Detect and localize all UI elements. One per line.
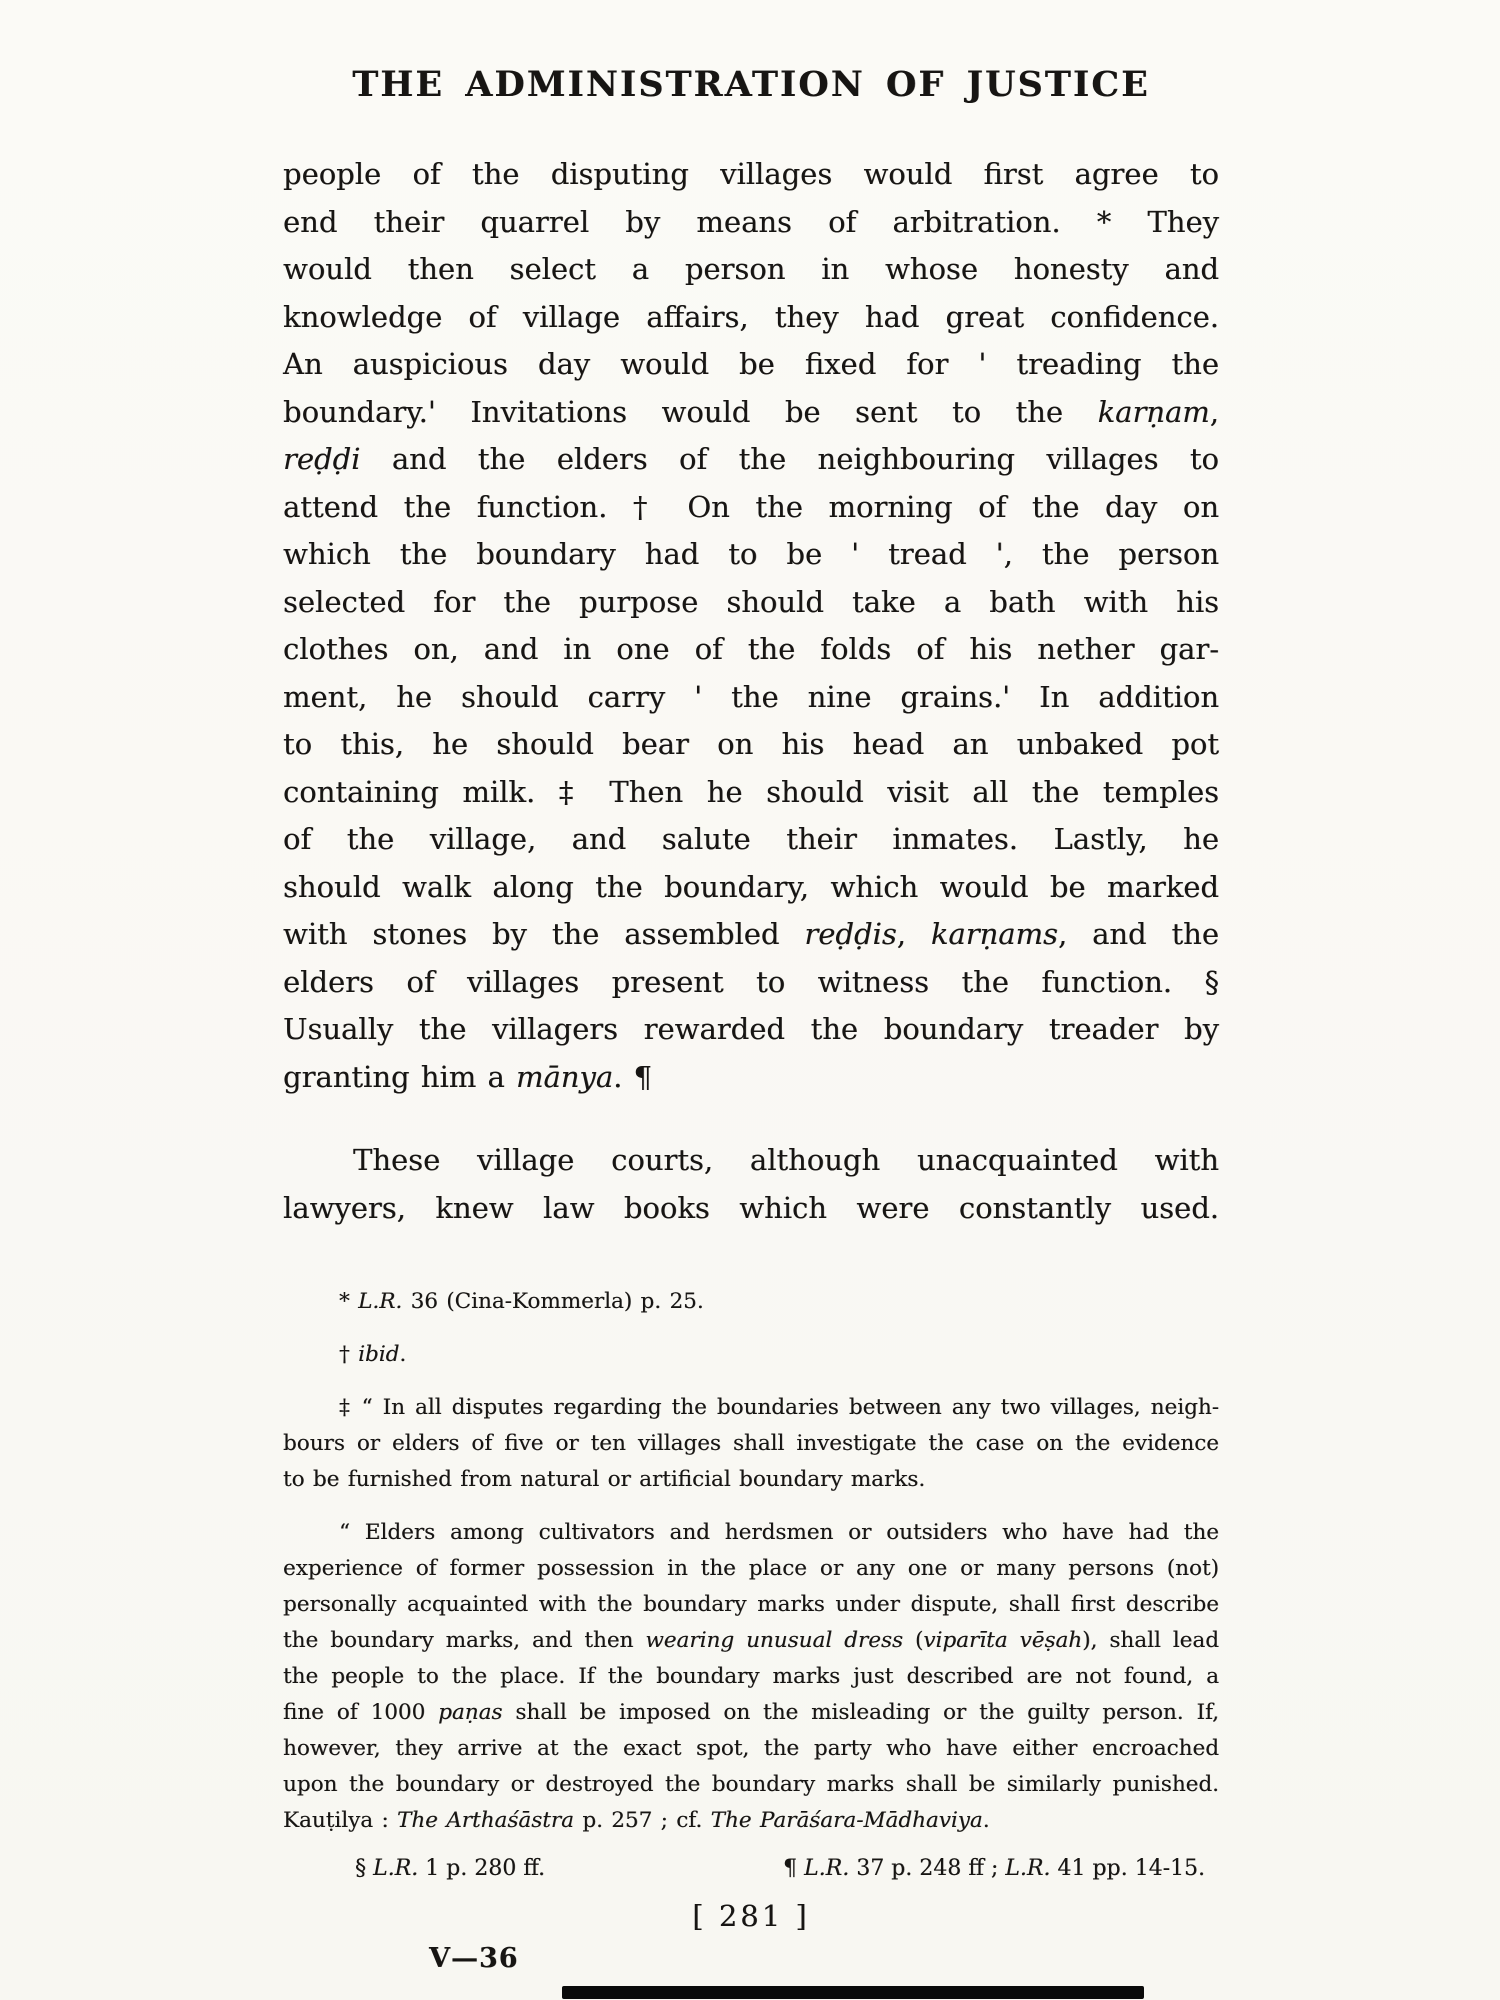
page-content: THE ADMINISTRATION OF JUSTICE people of …: [283, 64, 1219, 1974]
footnote-ref-section: § L.R. 1 p. 280 ff.: [355, 1856, 545, 1881]
text-line: to this, he should bear on his head an u…: [283, 721, 1219, 769]
main-text: people of the disputing villages would f…: [283, 151, 1219, 1232]
text-line: to be furnished from natural or artifici…: [283, 1462, 1219, 1498]
footnote-ref-pilcrow: ¶ L.R. 37 p. 248 ff ; L.R. 41 pp. 14-15.: [783, 1856, 1205, 1881]
footnote-refs-row: § L.R. 1 p. 280 ff. ¶ L.R. 37 p. 248 ff …: [283, 1856, 1219, 1881]
text-line: * L.R. 36 (Cina-Kommerla) p. 25.: [283, 1284, 1219, 1320]
text-line: end their quarrel by means of arbitratio…: [283, 199, 1219, 247]
text-line: † ibid.: [283, 1337, 1219, 1373]
text-line: should walk along the boundary, which wo…: [283, 864, 1219, 912]
text-line: granting him a mānya. ¶: [283, 1054, 1219, 1102]
body-paragraph-2: These village courts, although unacquain…: [283, 1137, 1219, 1232]
text-line: clothes on, and in one of the folds of h…: [283, 626, 1219, 674]
text-line: people of the disputing villages would f…: [283, 151, 1219, 199]
scan-artifact-bar: [562, 1986, 1144, 1999]
text-line: would then select a person in whose hone…: [283, 246, 1219, 294]
text-line: personally acquainted with the boundary …: [283, 1587, 1219, 1623]
text-line: elders of villages present to witness th…: [283, 959, 1219, 1007]
footnote-asterisk: * L.R. 36 (Cina-Kommerla) p. 25.: [283, 1284, 1219, 1320]
footnote-double-dagger-continuation: “ Elders among cultivators and herdsmen …: [283, 1515, 1219, 1839]
text-line: with stones by the assembled reḍḍis, kar…: [283, 911, 1219, 959]
text-line: ‡ “ In all disputes regarding the bounda…: [283, 1390, 1219, 1426]
text-line: experience of former possession in the p…: [283, 1551, 1219, 1587]
text-line: which the boundary had to be ' tread ', …: [283, 531, 1219, 579]
page-number: [ 281 ]: [283, 1899, 1219, 1933]
text-line: reḍḍi and the elders of the neighbouring…: [283, 436, 1219, 484]
text-line: the boundary marks, and then wearing unu…: [283, 1623, 1219, 1659]
footnote-dagger: † ibid.: [283, 1337, 1219, 1373]
text-line: These village courts, although unacquain…: [283, 1137, 1219, 1185]
signature-mark: V—36: [429, 1943, 1219, 1974]
text-line: the people to the place. If the boundary…: [283, 1659, 1219, 1695]
text-line: however, they arrive at the exact spot, …: [283, 1731, 1219, 1767]
footnotes-section: * L.R. 36 (Cina-Kommerla) p. 25. † ibid.…: [283, 1284, 1219, 1881]
text-line: of the village, and salute their inmates…: [283, 816, 1219, 864]
body-paragraph-1: people of the disputing villages would f…: [283, 151, 1219, 1101]
text-line: Kauṭilya : The Arthaśāstra p. 257 ; cf. …: [283, 1803, 1219, 1839]
book-page: THE ADMINISTRATION OF JUSTICE people of …: [0, 0, 1500, 2000]
text-line: upon the boundary or destroyed the bound…: [283, 1767, 1219, 1803]
text-line: bours or elders of five or ten villages …: [283, 1426, 1219, 1462]
text-line: knowledge of village affairs, they had g…: [283, 294, 1219, 342]
footnote-double-dagger: ‡ “ In all disputes regarding the bounda…: [283, 1390, 1219, 1498]
text-line: fine of 1000 paṇas shall be imposed on t…: [283, 1695, 1219, 1731]
text-line: An auspicious day would be fixed for ' t…: [283, 341, 1219, 389]
text-line: ment, he should carry ' the nine grains.…: [283, 674, 1219, 722]
text-line: containing milk. ‡ Then he should visit …: [283, 769, 1219, 817]
text-line: boundary.' Invitations would be sent to …: [283, 389, 1219, 437]
text-line: selected for the purpose should take a b…: [283, 579, 1219, 627]
page-title: THE ADMINISTRATION OF JUSTICE: [283, 64, 1219, 105]
text-line: lawyers, knew law books which were const…: [283, 1185, 1219, 1233]
text-line: attend the function. † On the morning of…: [283, 484, 1219, 532]
text-line: “ Elders among cultivators and herdsmen …: [283, 1515, 1219, 1551]
text-line: Usually the villagers rewarded the bound…: [283, 1006, 1219, 1054]
